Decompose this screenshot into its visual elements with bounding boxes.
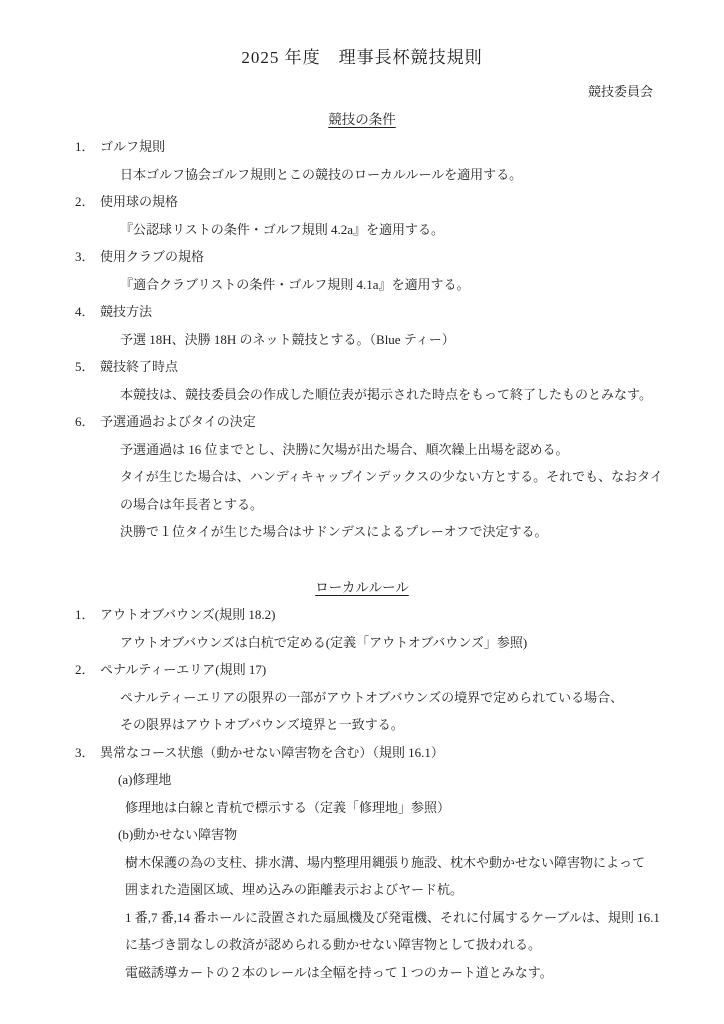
rule-item-number: 2．	[75, 188, 100, 216]
rule-body-line: 1 番,7 番,14 番ホールに設置された扇風機及び発電機、それに付属するケーブ…	[0, 904, 724, 932]
byline: 競技委員会	[0, 78, 724, 106]
section-heading-conditions-text: 競技の条件	[328, 112, 396, 127]
rule-item-number: 1．	[75, 133, 100, 161]
rule-body-line: タイが生じた場合は、ハンディキャップインデックスの少ない方とする。それでも、なお…	[0, 463, 724, 491]
rule-body-line: その限界はアウトオブバウンズ境界と一致する。	[0, 711, 724, 739]
rule-item-title: 競技終了時点	[100, 359, 178, 374]
page-title: 2025 年度 理事長杯競技規則	[0, 46, 724, 70]
rule-body-line: 日本ゴルフ協会ゴルフ規則とこの競技のローカルルールを適用する。	[0, 161, 724, 189]
rule-body-line: 決勝で１位タイが生じた場合はサドンデスによるプレーオフで決定する。	[0, 518, 724, 546]
rule-body-line: ペナルティーエリアの限界の一部がアウトオブバウンズの境界で定められている場合、	[0, 684, 724, 712]
rule-item-number: 3．	[75, 739, 100, 767]
section-heading-local-rules: ローカルルール	[0, 574, 724, 602]
sub-item-label: (a)修理地	[0, 766, 724, 794]
section-heading-conditions: 競技の条件	[0, 106, 724, 134]
rule-item-title: アウトオブバウンズ(規則 18.2)	[100, 607, 275, 622]
rule-item-number: 1．	[75, 601, 100, 629]
rule-item-heading: 5．競技終了時点	[0, 353, 724, 381]
rule-item-heading: 6．予選通過およびタイの決定	[0, 408, 724, 436]
section-heading-local-rules-text: ローカルルール	[315, 580, 409, 595]
rule-item-heading: 3．異常なコース状態（動かせない障害物を含む）（規則 16.1）	[0, 739, 724, 767]
rule-body-line: 囲まれた造園区域、埋め込みの距離表示およびヤード杭。	[0, 876, 724, 904]
rule-item-heading: 4．競技方法	[0, 298, 724, 326]
document-page: 2025 年度 理事長杯競技規則 競技委員会 競技の条件 1．ゴルフ規則 日本ゴ…	[0, 0, 724, 1024]
rule-item-heading: 1．アウトオブバウンズ(規則 18.2)	[0, 601, 724, 629]
rule-body-line: 本競技は、競技委員会の作成した順位表が掲示された時点をもって終了したものとみなす…	[0, 381, 724, 409]
rule-item-number: 4．	[75, 298, 100, 326]
rule-body-line: の場合は年長者とする。	[0, 491, 724, 519]
rule-item-title: 使用球の規格	[100, 194, 178, 209]
rule-body-line: 樹木保護の為の支柱、排水溝、場内整理用縄張り施設、枕木や動かせない障害物によって	[0, 849, 724, 877]
rule-item-number: 2．	[75, 656, 100, 684]
rule-item-title: 異常なコース状態（動かせない障害物を含む）（規則 16.1）	[100, 745, 444, 760]
rule-item-title: 予選通過およびタイの決定	[100, 414, 256, 429]
section-local-rules: 1．アウトオブバウンズ(規則 18.2) アウトオブバウンズは白杭で定める(定義…	[0, 601, 724, 986]
rule-item-heading: 2．ペナルティーエリア(規則 17)	[0, 656, 724, 684]
rule-item-number: 3．	[75, 243, 100, 271]
rule-body-line: 修理地は白線と青杭で標示する（定義「修理地」参照）	[0, 794, 724, 822]
rule-item-title: 使用クラブの規格	[100, 249, 204, 264]
rule-item-title: 競技方法	[100, 304, 152, 319]
rule-item-heading: 1．ゴルフ規則	[0, 133, 724, 161]
rule-item-title: ペナルティーエリア(規則 17)	[100, 662, 266, 677]
rule-item-number: 6．	[75, 408, 100, 436]
rule-body-line: アウトオブバウンズは白杭で定める(定義「アウトオブバウンズ」参照)	[0, 629, 724, 657]
rule-body-line: 予選通過は 16 位までとし、決勝に欠場が出た場合、順次繰上出場を認める。	[0, 436, 724, 464]
rule-body-line: 『公認球リストの条件・ゴルフ規則 4.2a』を適用する。	[0, 216, 724, 244]
rule-item-title: ゴルフ規則	[100, 139, 165, 154]
rule-item-heading: 2．使用球の規格	[0, 188, 724, 216]
rule-body-line: 予選 18H、決勝 18H のネット競技とする。（Blue ティー）	[0, 326, 724, 354]
rule-body-line: に基づき罰なしの救済が認められる動かせない障害物として扱われる。	[0, 931, 724, 959]
rule-item-heading: 3．使用クラブの規格	[0, 243, 724, 271]
rule-body-line: 電磁誘導カートの２本のレールは全幅を持って１つのカート道とみなす。	[0, 959, 724, 987]
section-conditions: 1．ゴルフ規則 日本ゴルフ協会ゴルフ規則とこの競技のローカルルールを適用する。 …	[0, 133, 724, 546]
sub-item-label: (b)動かせない障害物	[0, 821, 724, 849]
rule-item-number: 5．	[75, 353, 100, 381]
rule-body-line: 『適合クラブリストの条件・ゴルフ規則 4.1a』を適用する。	[0, 271, 724, 299]
